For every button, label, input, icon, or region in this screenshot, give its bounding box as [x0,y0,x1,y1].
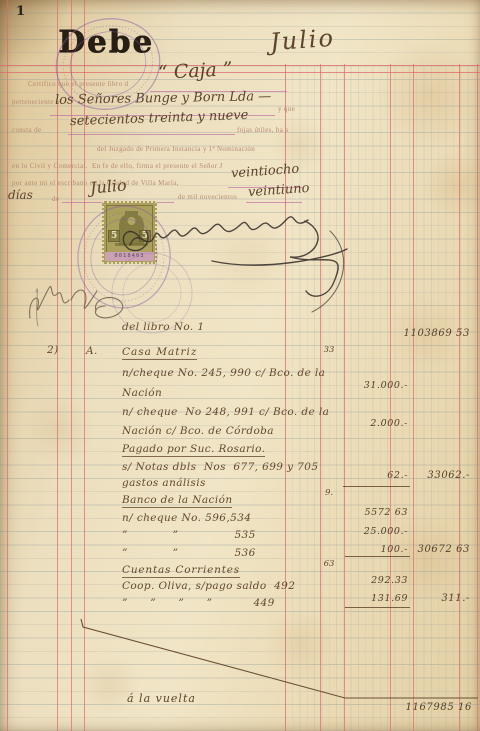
entry-letter: A. [86,345,98,357]
amount-cell: 31.000.- [336,380,408,391]
certification-printed-line: consta de [12,126,41,134]
hand-book-title: “ Caja ” [157,58,233,84]
footer-note: á la vuelta [127,692,196,705]
sum-rule [345,556,410,557]
entry-text: n/ cheque No. 596,534 [122,512,251,524]
total-cell: 311.- [384,593,470,604]
entry-account-title: Casa Matriz [122,346,197,360]
ruled-line [320,64,321,731]
month-heading: Julio [269,24,336,56]
entry-text: Coop. Oliva, s/pago saldo 492 [122,580,295,592]
entry-account-title: Banco de la Nación [122,494,232,508]
stamp-denomination: 5 [108,230,120,242]
ruled-line [459,64,460,731]
ruled-line [57,0,58,731]
ruled-line [413,64,414,731]
certification-printed-line: del Juzgado de Primera Instancia y 1ª No… [97,145,255,153]
form-fill-line [246,202,302,203]
amount-cell: 2.000.- [336,418,408,429]
entry-ditto: ” ” 535 [122,529,256,541]
total-cell: 1103869 53 [384,328,470,339]
ruled-line [0,65,480,66]
entry-text: Nación c/ Bco. de Córdoba [122,425,274,437]
amount-cell: 292.33 [336,575,408,586]
certification-printed-line: de mil novecientos [178,193,237,201]
page-title-debe: Debe [58,24,154,60]
certification-printed-line: y que [278,105,295,113]
ledger-page: 1 Debe Julio Certifico que el presente l… [0,0,480,731]
entry-subtitle: Pagado por Suc. Rosario. [122,443,265,457]
entry-text: gastos análisis [122,477,206,489]
stamp-denomination: 5 [139,230,151,242]
ruled-line [344,64,345,731]
ruled-line [84,0,85,731]
entry-day: 2) [47,344,59,356]
hand-month: Julio [89,175,127,197]
stamp-serial-number: 0018403 [105,252,154,261]
entry-text: del libro No. 1 [122,321,204,333]
column-fine-grid [285,66,477,731]
hand-days: días [8,188,33,202]
entry-text: n/cheque No. 245, 990 c/ Bco. de la [122,367,325,379]
carry-forward-total: 1167985 16 [384,702,472,713]
amount-cell: 5572 63 [336,507,408,518]
sum-rule [345,607,410,608]
certification-printed-line: Certifico que el presente libro d [28,80,128,88]
ruled-line [7,0,8,731]
entry-text: n/ cheque No 248, 991 c/ Bco. de la [122,406,329,418]
amount-cell: 25.000.- [336,526,408,537]
revenue-stamp: 5 5 0018403 [102,201,157,264]
folio-ref: 63 [316,559,342,569]
total-cell: 30672 63 [384,544,470,555]
entry-account-title: Cuentas Corrientes [122,564,240,578]
ruled-line [390,64,391,731]
folio-ref: 33 [316,345,342,355]
ruled-line [0,72,480,73]
certification-printed-line: fojas útiles, ha s [237,126,288,134]
entry-text: Nación [122,387,162,399]
entry-ditto: ” ” ” ” 449 [122,597,275,609]
certification-printed-line: perteneciente a [12,98,59,106]
sum-rule [343,486,410,487]
page-folio-number: 1 [16,4,25,19]
certification-printed-line: de [52,195,59,203]
certification-printed-line: en lo Civil y Comercial. En fe de ello, … [12,162,223,170]
entry-ditto: ” ” 536 [122,547,256,559]
form-fill-line [68,134,235,135]
entry-text: s/ Notas dbls Nos 677, 699 y 705 [122,461,318,473]
total-cell: 33062.- [384,470,470,481]
ruled-line [71,0,72,731]
folio-ref: 9. [316,488,342,498]
ruled-line [477,64,478,731]
